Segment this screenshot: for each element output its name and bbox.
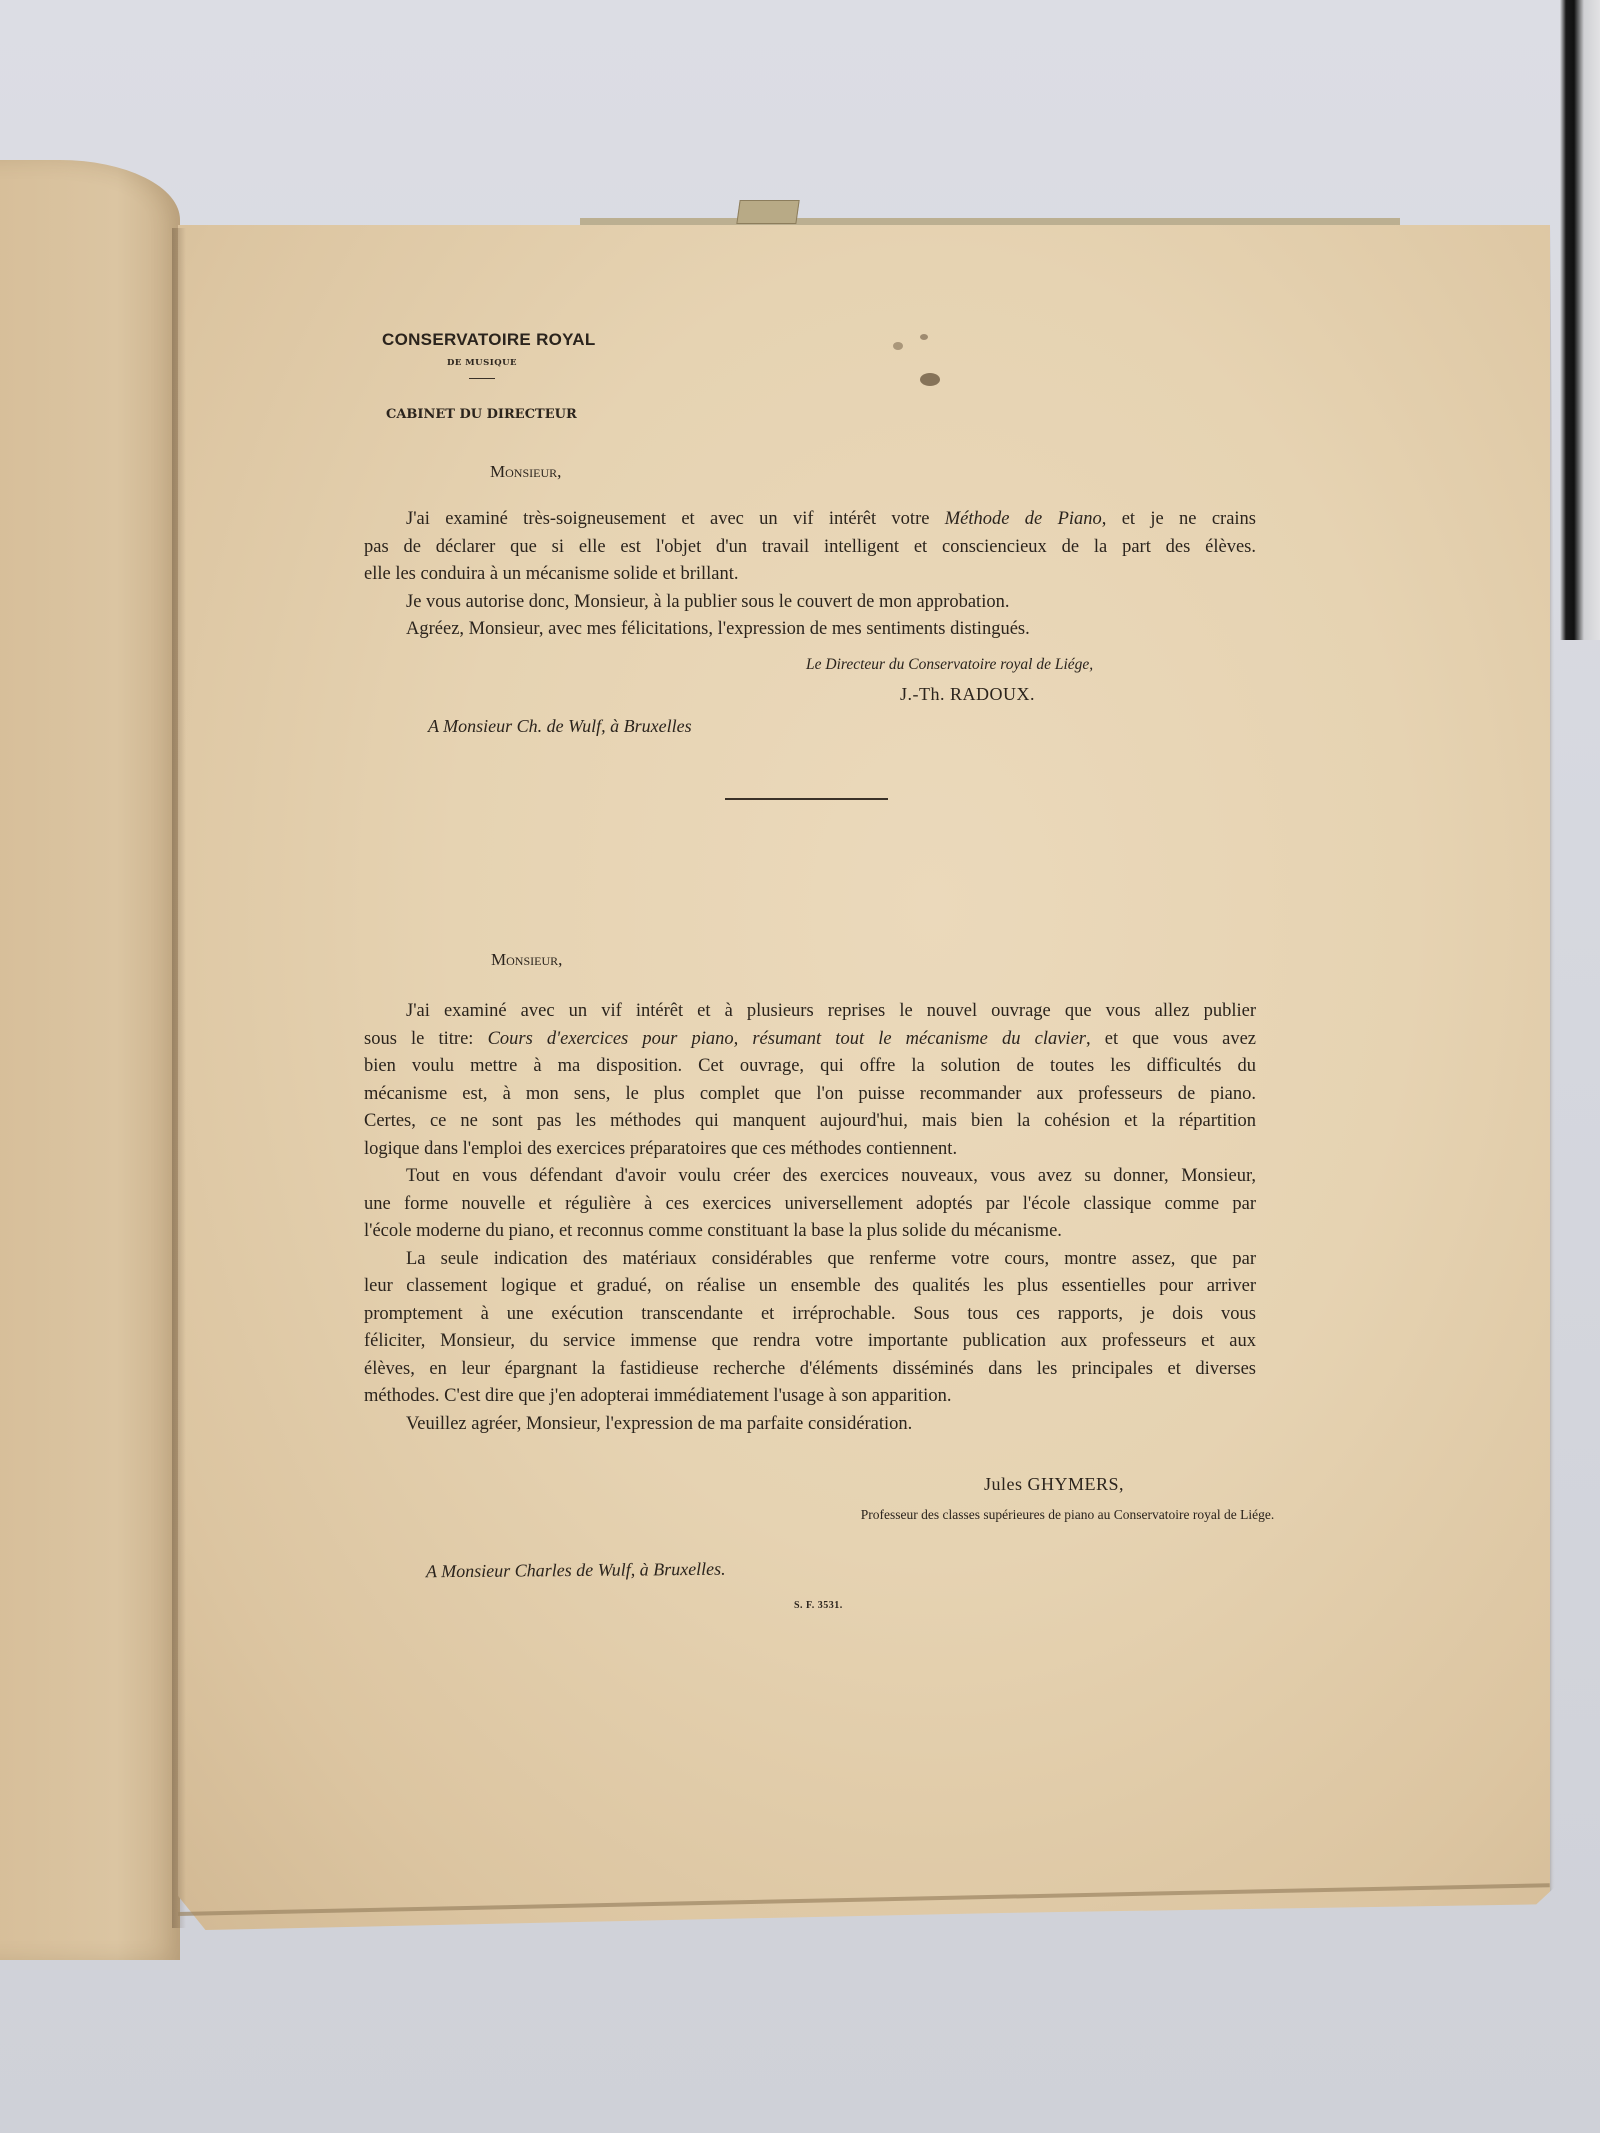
left-page <box>0 160 180 1960</box>
office-name: CABINET DU DIRECTEUR <box>386 407 577 422</box>
letter1-line: Agréez, Monsieur, avec mes félicitations… <box>406 619 1030 639</box>
institution-name: CONSERVATOIRE ROYAL <box>382 330 582 350</box>
letter1-line: Je vous autorise donc, Monsieur, à la pu… <box>406 592 1009 612</box>
work-title: Cours d'exercices pour piano, résumant t… <box>488 1029 1086 1049</box>
letter2-addressee: A Monsieur Charles de Wulf, à Bruxelles. <box>426 1559 726 1583</box>
letter1-salutation: Monsieur, <box>490 462 561 482</box>
ink-stain <box>920 334 928 340</box>
binder-edge <box>1560 0 1600 640</box>
letter1-signature-name: J.-Th. RADOUX. <box>900 684 1035 705</box>
ink-stain <box>893 342 903 350</box>
letter1-line: elle les conduira à un mécanisme solide … <box>364 561 1256 589</box>
letter1-line: pas de déclarer que si elle est l'objet … <box>364 534 1256 562</box>
letter2-body: J'ai examiné avec un vif intérêt et à pl… <box>364 998 1256 1438</box>
letter1-line: J'ai examiné très-soigneusement et avec … <box>406 509 945 529</box>
plate-number: S. F. 3531. <box>794 1600 843 1611</box>
letterhead: CONSERVATOIRE ROYAL DE MUSIQUE <box>382 330 582 379</box>
letter1-signature-title: Le Directeur du Conservatoire royal de L… <box>806 656 1093 674</box>
institution-subtitle: DE MUSIQUE <box>382 358 582 368</box>
section-divider <box>725 798 888 800</box>
letter1-body: J'ai examiné très-soigneusement et avec … <box>364 506 1256 644</box>
work-title: Méthode de Piano <box>945 509 1102 529</box>
spine-shadow <box>172 228 186 1928</box>
letter2-signature-name: Jules GHYMERS, <box>984 1474 1124 1495</box>
letterhead-rule <box>469 378 495 379</box>
letter1-addressee: A Monsieur Ch. de Wulf, à Bruxelles <box>428 716 692 737</box>
paper-tab <box>736 200 799 224</box>
torn-top-strip <box>580 218 1400 226</box>
letter2-salutation: Monsieur, <box>491 950 562 970</box>
ink-stain <box>920 373 940 386</box>
letter2-signature-title: Professeur des classes supérieures de pi… <box>855 1506 1280 1524</box>
